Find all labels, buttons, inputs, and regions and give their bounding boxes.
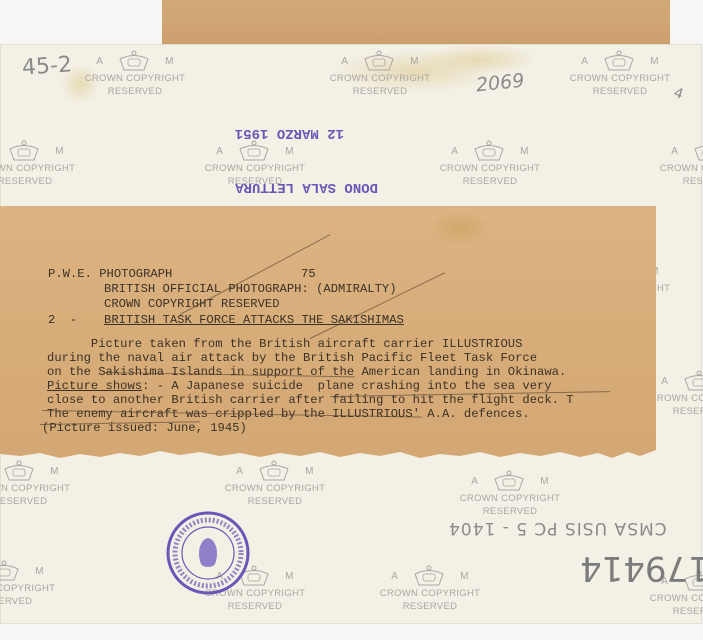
crown-icon bbox=[682, 370, 703, 392]
crown-copyright-watermark: AMCROWN COPYRIGHTRESERVED bbox=[0, 460, 100, 508]
watermark-line-2: RESERVED bbox=[630, 175, 703, 188]
pencil-note-number: 179414 bbox=[580, 548, 703, 588]
watermark-letter-a: A bbox=[391, 570, 398, 583]
watermark-line-1: CROWN COPYRIGHT bbox=[620, 592, 703, 605]
caption-item-number: 2 - bbox=[48, 312, 77, 328]
watermark-line-1: CROWN COPYRIGHT bbox=[55, 72, 215, 85]
watermark-line-1: CROWN COPYRIGHT bbox=[0, 582, 85, 595]
watermark-letter-m: M bbox=[35, 565, 44, 578]
emblem-icon bbox=[165, 510, 251, 596]
watermark-letter-m: M bbox=[540, 475, 549, 488]
crown-icon bbox=[492, 470, 526, 492]
watermark-line-1: CROWN COPYRIGHT bbox=[300, 72, 460, 85]
pencil-note-catalog: CMSA USIS PC 5 - 1404 bbox=[448, 518, 667, 538]
watermark-letter-m: M bbox=[410, 55, 419, 68]
watermark-line-2: RESERVED bbox=[0, 175, 105, 188]
watermark-line-2: RESERVED bbox=[0, 495, 100, 508]
crown-copyright-watermark: AMCROWN COPYRIGHTRESERVED bbox=[410, 140, 570, 188]
caption-sheet: P.W.E. PHOTOGRAPH 75 BRITISH OFFICIAL PH… bbox=[0, 206, 656, 448]
crown-icon bbox=[602, 50, 636, 72]
watermark-line-2: RESERVED bbox=[350, 600, 510, 613]
watermark-line-1: CROWN COPYRIGHT bbox=[630, 162, 703, 175]
watermark-letter-m: M bbox=[520, 145, 529, 158]
crown-icon bbox=[0, 560, 21, 582]
crown-icon bbox=[7, 140, 41, 162]
watermark-letter-a: A bbox=[581, 55, 588, 68]
crown-copyright-watermark: AMCROWN COPYRIGHTRESERVED bbox=[0, 560, 85, 608]
caption-header-source: P.W.E. PHOTOGRAPH bbox=[48, 266, 172, 282]
watermark-letter-m: M bbox=[650, 55, 659, 68]
picture-shows-text: : - A Japanese suicide plane crashing in… bbox=[142, 379, 552, 393]
watermark-letter-m: M bbox=[460, 570, 469, 583]
watermark-letter-a: A bbox=[96, 55, 103, 68]
crown-copyright-watermark: AMCROWN COPYRIGHTRESERVED bbox=[350, 565, 510, 613]
watermark-line-1: CROWN COPYRIGHT bbox=[350, 587, 510, 600]
caption-header-copyright: CROWN COPYRIGHT RESERVED bbox=[104, 296, 280, 312]
crown-icon bbox=[472, 140, 506, 162]
watermark-line-2: RESERVED bbox=[195, 495, 355, 508]
stamp-line-date: 12 MARZO 1951 bbox=[148, 124, 378, 142]
watermark-letter-a: A bbox=[236, 465, 243, 478]
watermark-letter-a: A bbox=[661, 375, 668, 388]
watermark-line-1: CROWN COPYRIGHT bbox=[430, 492, 590, 505]
crown-copyright-watermark: AMCROWN COPYRIGHTRESERVED bbox=[430, 470, 590, 518]
watermark-line-1: CROWN COPYRIGHT bbox=[195, 482, 355, 495]
crown-icon bbox=[117, 50, 151, 72]
watermark-line-2: RESERVED bbox=[0, 595, 85, 608]
watermark-letter-a: A bbox=[451, 145, 458, 158]
watermark-letter-m: M bbox=[50, 465, 59, 478]
crown-copyright-watermark: AMCROWN COPYRIGHTRESERVED bbox=[0, 140, 105, 188]
crown-copyright-watermark: AMCROWN COPYRIGHTRESERVED bbox=[195, 460, 355, 508]
watermark-line-2: RESERVED bbox=[410, 175, 570, 188]
watermark-letter-m: M bbox=[305, 465, 314, 478]
watermark-letter-m: M bbox=[285, 570, 294, 583]
watermark-line-2: RESERVED bbox=[620, 605, 703, 618]
caption-header-number: 75 bbox=[301, 266, 316, 282]
watermark-letter-m: M bbox=[55, 145, 64, 158]
pencil-note-top-left: 45-2 bbox=[21, 52, 73, 80]
watermark-letter-m: M bbox=[165, 55, 174, 68]
crown-icon bbox=[412, 565, 446, 587]
watermark-line-1: CROWN COPYRIGHT bbox=[0, 162, 105, 175]
watermark-line-1: CROWN COPYRIGHT bbox=[410, 162, 570, 175]
crown-icon bbox=[362, 50, 396, 72]
picture-shows-label: Picture shows bbox=[47, 379, 142, 393]
watermark-line-1: CROWN COPYRIGHT bbox=[0, 482, 100, 495]
watermark-letter-a: A bbox=[671, 145, 678, 158]
watermark-line-1: CROWN COPYRIGHT bbox=[540, 72, 700, 85]
watermark-line-2: RESERVED bbox=[430, 505, 590, 518]
stamp-line-name: DONO SALA LETTURA bbox=[148, 178, 378, 196]
round-archive-stamp bbox=[165, 510, 251, 596]
watermark-letter-a: A bbox=[341, 55, 348, 68]
crown-copyright-watermark: AMCROWN COPYRIGHTRESERVED bbox=[630, 140, 703, 188]
watermark-letter-a: A bbox=[471, 475, 478, 488]
caption-torn-edge bbox=[0, 438, 656, 464]
watermark-line-2: RESERVED bbox=[175, 600, 335, 613]
crown-icon bbox=[692, 140, 703, 162]
caption-header-official: BRITISH OFFICIAL PHOTOGRAPH: (ADMIRALTY) bbox=[104, 281, 397, 297]
